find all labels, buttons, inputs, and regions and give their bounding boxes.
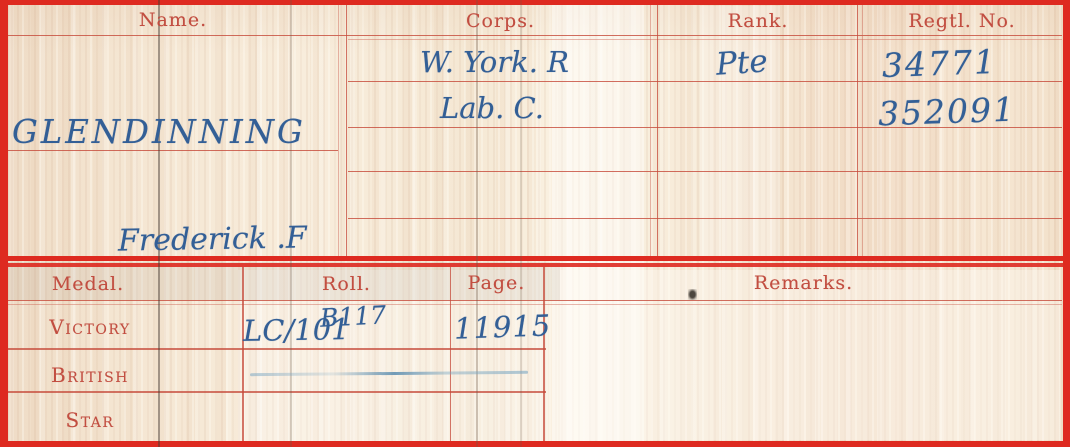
ruled-line bbox=[348, 171, 1062, 172]
roll-reference-suffix-handwriting: B117 bbox=[319, 300, 387, 332]
regtl-no-column-header: Regtl. No. bbox=[862, 10, 1062, 32]
medal-column-header: Medal. bbox=[8, 273, 168, 295]
bottom-header-underline-double bbox=[8, 304, 1062, 305]
page-number-handwriting: 11915 bbox=[453, 308, 551, 345]
card-border-top bbox=[0, 0, 1070, 5]
bottom-header-underline bbox=[8, 300, 1062, 301]
roll-column-header: Roll. bbox=[243, 273, 450, 295]
section-divider-line bbox=[0, 263, 1070, 267]
scan-light-band bbox=[560, 270, 1060, 440]
ink-smudge bbox=[688, 289, 697, 300]
column-divider-line bbox=[650, 5, 651, 257]
remarks-column-header: Remarks. bbox=[545, 272, 1062, 294]
card-border-left bbox=[0, 0, 8, 447]
scan-light-band bbox=[238, 270, 548, 441]
ruled-line bbox=[348, 218, 1062, 219]
card-border-right bbox=[1063, 0, 1070, 447]
header-underline-double bbox=[348, 39, 1062, 40]
regimental-number-handwriting: 34771 bbox=[881, 42, 997, 85]
medal-row-label-victory: Victory bbox=[20, 315, 160, 339]
medal-row-label-star: Star bbox=[20, 408, 160, 432]
corps-entry-handwriting: W. York. R bbox=[420, 45, 569, 79]
column-divider-line bbox=[338, 5, 339, 257]
corps-entry-handwriting: Lab. C. bbox=[440, 91, 544, 125]
forename-handwriting: Frederick .F bbox=[118, 220, 307, 258]
page-column-header: Page. bbox=[450, 272, 543, 294]
column-divider-line bbox=[862, 5, 863, 257]
column-divider-line bbox=[657, 5, 658, 257]
rank-column-header: Rank. bbox=[658, 10, 858, 32]
rank-handwriting: Pte bbox=[715, 43, 769, 83]
name-column-header: Name. bbox=[8, 9, 338, 31]
ditto-mark-line bbox=[250, 371, 528, 376]
corps-column-header: Corps. bbox=[348, 10, 653, 32]
row-divider-line bbox=[8, 348, 546, 350]
card-border-bottom bbox=[0, 441, 1070, 447]
surname-handwriting: GLENDINNING bbox=[12, 112, 306, 151]
medal-row-label-british: British bbox=[20, 363, 160, 387]
regimental-number-handwriting: 352091 bbox=[877, 90, 1016, 134]
row-divider-line bbox=[8, 391, 546, 393]
column-divider-line bbox=[857, 5, 858, 257]
header-underline bbox=[8, 35, 1062, 36]
medal-index-card: Name. Corps. Rank. Regtl. No. GLENDINNIN… bbox=[0, 0, 1070, 447]
column-divider-line bbox=[346, 5, 347, 257]
